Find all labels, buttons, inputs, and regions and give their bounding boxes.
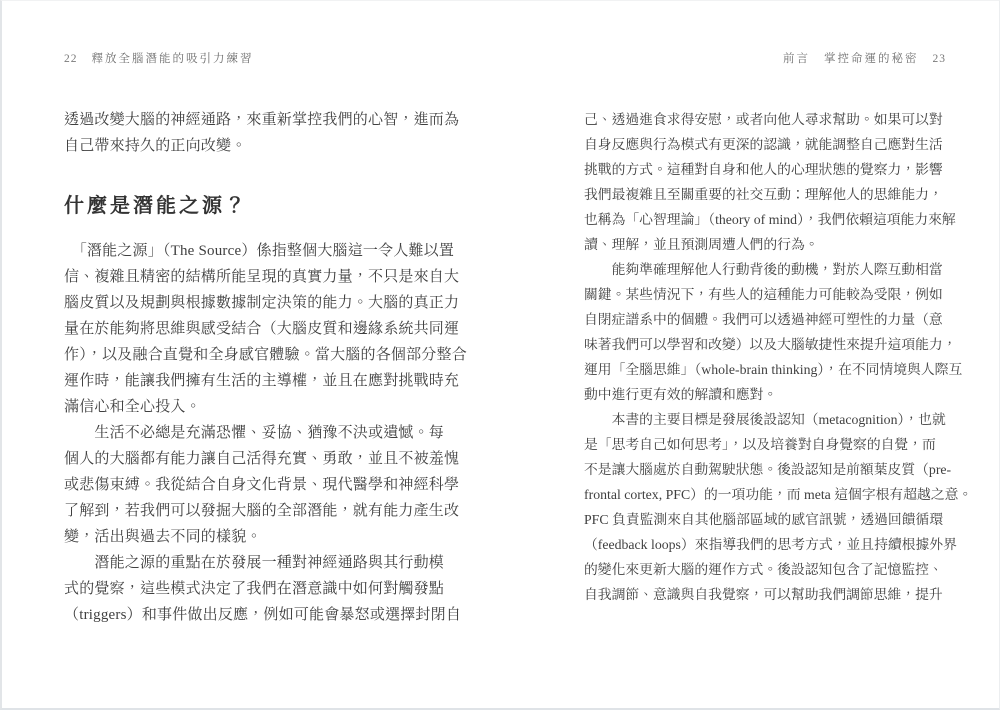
text-line: 運用「全腦思維」（whole-brain thinking），在不同情境與人際互	[584, 357, 946, 382]
running-head-title-right: 掌控命運的秘密	[824, 53, 919, 65]
page-body-left: 透過改變大腦的神經通路，來重新掌控我們的心智，進而為自己帶來持久的正向改變。 什…	[64, 107, 462, 628]
text-line: 讀、理解，並且預測周遭人們的行為。	[584, 232, 946, 257]
text-line: 我們最複雜且至關重要的社交互動：理解他人的思維能力，	[584, 182, 946, 207]
text-line: 運作時，能讓我們擁有生活的主導權，並且在應對挑戰時充	[64, 368, 462, 394]
text-line: 自身反應與行為模式有更深的認識，就能調整自己應對生活	[584, 132, 946, 157]
intro-paragraph: 透過改變大腦的神經通路，來重新掌控我們的心智，進而為自己帶來持久的正向改變。	[64, 107, 462, 159]
text-line: 腦皮質以及規劃與根據數據制定決策的能力。大腦的真正力	[64, 290, 462, 316]
text-line: （feedback loops）來指導我們的思考方式，並且持續根據外界	[584, 532, 946, 557]
text-line: 自己帶來持久的正向改變。	[64, 133, 462, 159]
text-line: 關鍵。某些情況下，有些人的這種能力可能較為受限，例如	[584, 282, 946, 307]
text-line: 「潛能之源」（The Source）係指整個大腦這一令人難以置	[64, 238, 462, 264]
text-line: frontal cortex, PFC）的一項功能，而 meta 這個字根有超越…	[584, 482, 946, 507]
running-head-left: 22釋放全腦潛能的吸引力練習	[64, 51, 462, 67]
text-line: 信、複雜且精密的結構所能呈現的真實力量，不只是來自大	[64, 264, 462, 290]
text-line: 式的覺察，這些模式決定了我們在潛意識中如何對觸發點	[64, 576, 462, 602]
text-line: 也稱為「心智理論」（theory of mind），我們依賴這項能力來解	[584, 207, 946, 232]
body-paragraph: 生活不必總是充滿恐懼、妥協、猶豫不決或遺憾。每個人的大腦都有能力讓自己活得充實、…	[64, 420, 462, 550]
text-line: 味著我們可以學習和改變）以及大腦敏捷性來提升這項能力，	[584, 332, 946, 357]
text-line: 是「思考自己如何思考」，以及培養對自身覺察的自覺，而	[584, 432, 946, 457]
text-line: 個人的大腦都有能力讓自己活得充實、勇敢，並且不被羞愧	[64, 446, 462, 472]
page-number-left: 22	[64, 53, 78, 65]
text-line: 了解到，若我們可以發掘大腦的全部潛能，就有能力產生改	[64, 498, 462, 524]
text-line: （triggers）和事件做出反應，例如可能會暴怒或選擇封閉自	[64, 602, 462, 628]
text-line: 能夠準確理解他人行動背後的動機，對於人際互動相當	[584, 257, 946, 282]
text-line: 潛能之源的重點在於發展一種對神經通路與其行動模	[64, 550, 462, 576]
text-line: PFC 負責監測來自其他腦部區域的感官訊號，透過回饋循環	[584, 507, 946, 532]
page-number-right: 23	[933, 53, 947, 65]
text-line: 自閉症譜系中的個體。我們可以透過神經可塑性的力量（意	[584, 307, 946, 332]
text-line: 的變化來更新大腦的運作方式。後設認知包含了記憶監控、	[584, 557, 946, 582]
text-line: 挑戰的方式。這種對自身和他人的心理狀態的覺察力，影響	[584, 157, 946, 182]
body-paragraph: 潛能之源的重點在於發展一種對神經通路與其行動模式的覺察，這些模式決定了我們在潛意…	[64, 550, 462, 628]
text-line: 本書的主要目標是發展後設認知（metacognition），也就	[584, 407, 946, 432]
book-spread: 22釋放全腦潛能的吸引力練習 透過改變大腦的神經通路，來重新掌控我們的心智，進而…	[0, 0, 1000, 710]
page-body-right: 己、透過進食求得安慰，或者向他人尋求幫助。如果可以對自身反應與行為模式有更深的認…	[584, 107, 946, 607]
text-line: 量在於能夠將思維與感受結合（大腦皮質和邊緣系統共同運	[64, 316, 462, 342]
text-line: 滿信心和全心投入。	[64, 394, 462, 420]
text-line: 己、透過進食求得安慰，或者向他人尋求幫助。如果可以對	[584, 107, 946, 132]
page-left: 22釋放全腦潛能的吸引力練習 透過改變大腦的神經通路，來重新掌控我們的心智，進而…	[64, 51, 462, 628]
text-line: 動中進行更有效的解讀和應對。	[584, 382, 946, 407]
text-line: 生活不必總是充滿恐懼、妥協、猶豫不決或遺憾。每	[64, 420, 462, 446]
body-paragraph: 己、透過進食求得安慰，或者向他人尋求幫助。如果可以對自身反應與行為模式有更深的認…	[584, 107, 946, 257]
text-line: 透過改變大腦的神經通路，來重新掌控我們的心智，進而為	[64, 107, 462, 133]
text-line: 變，活出與過去不同的樣貌。	[64, 524, 462, 550]
text-line: 或悲傷束縛。我從結合自身文化背景、現代醫學和神經科學	[64, 472, 462, 498]
running-head-section: 前言	[783, 53, 810, 65]
running-head-title-left: 釋放全腦潛能的吸引力練習	[92, 53, 254, 65]
page-right: 前言掌控命運的秘密23 己、透過進食求得安慰，或者向他人尋求幫助。如果可以對自身…	[584, 51, 946, 607]
text-line: 自我調節、意識與自我覺察，可以幫助我們調節思維，提升	[584, 582, 946, 607]
running-head-right: 前言掌控命運的秘密23	[584, 51, 946, 67]
text-line: 作），以及融合直覺和全身感官體驗。當大腦的各個部分整合	[64, 342, 462, 368]
section-heading: 什麼是潛能之源？	[64, 186, 462, 226]
body-paragraph: 「潛能之源」（The Source）係指整個大腦這一令人難以置信、複雜且精密的結…	[64, 238, 462, 420]
body-paragraph: 本書的主要目標是發展後設認知（metacognition），也就是「思考自己如何…	[584, 407, 946, 607]
text-line: 不是讓大腦處於自動駕駛狀態。後設認知是前額葉皮質（pre-	[584, 457, 946, 482]
body-paragraph: 能夠準確理解他人行動背後的動機，對於人際互動相當關鍵。某些情況下，有些人的這種能…	[584, 257, 946, 407]
